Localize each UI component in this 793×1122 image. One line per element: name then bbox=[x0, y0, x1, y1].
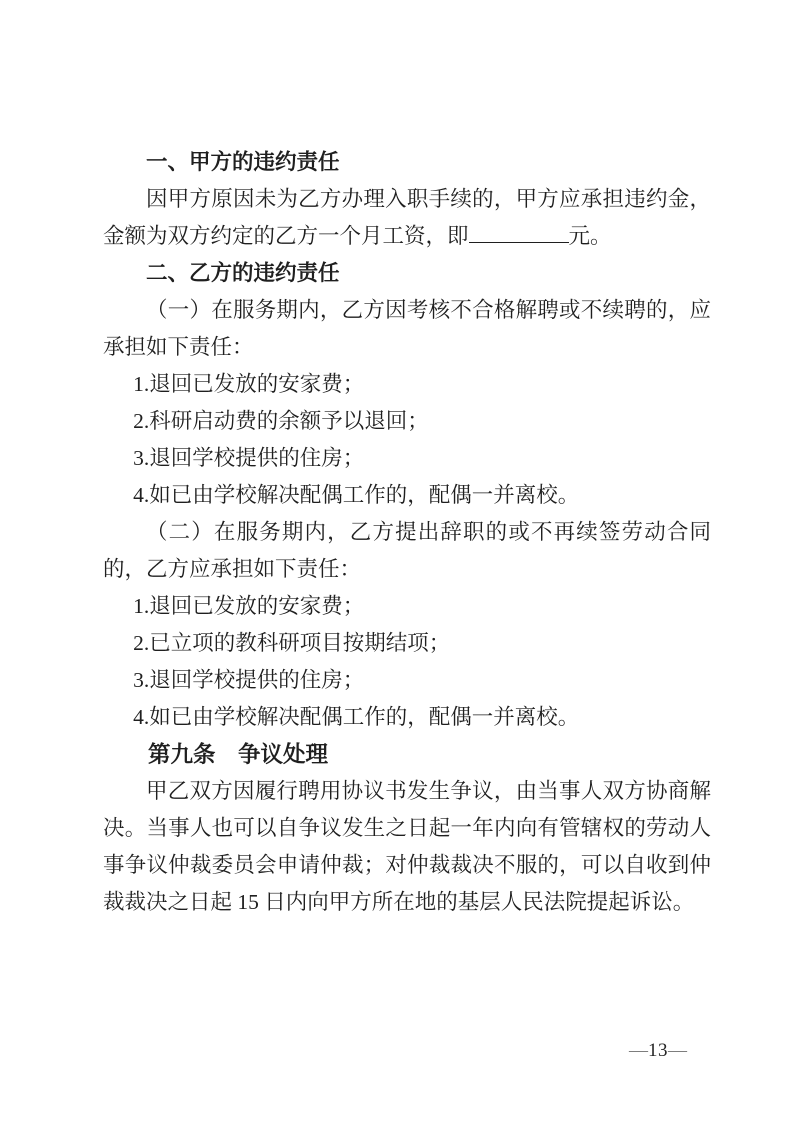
paragraph-party-a-breach: 因甲方原因未为乙方办理入职手续的，甲方应承担违约金，金额为双方约定的乙方一个月工… bbox=[103, 181, 711, 255]
clause1-item-4: 4.如已由学校解决配偶工作的，配偶一并离校。 bbox=[103, 477, 711, 514]
paragraph-dispute-resolution: 甲乙双方因履行聘用协议书发生争议，由当事人双方协商解决。当事人也可以自争议发生之… bbox=[103, 773, 711, 921]
clause2-item-4: 4.如已由学校解决配偶工作的，配偶一并离校。 bbox=[103, 699, 711, 736]
page-number: —13— bbox=[629, 1040, 687, 1062]
fill-in-blank-amount bbox=[469, 242, 569, 243]
clause1-item-2: 2.科研启动费的余额予以退回； bbox=[103, 403, 711, 440]
heading-dispute-resolution: 第九条 争议处理 bbox=[103, 736, 711, 773]
clause2-intro: （二）在服务期内，乙方提出辞职的或不再续签劳动合同的，乙方应承担如下责任： bbox=[103, 514, 711, 588]
clause1-item-1: 1.退回已发放的安家费； bbox=[103, 366, 711, 403]
paragraph-text-after-blank: 元。 bbox=[569, 224, 612, 248]
heading-party-b-breach: 二、乙方的违约责任 bbox=[103, 255, 711, 292]
clause2-item-2: 2.已立项的教科研项目按期结项； bbox=[103, 625, 711, 662]
clause1-item-3: 3.退回学校提供的住房； bbox=[103, 440, 711, 477]
document-page: 一、甲方的违约责任 因甲方原因未为乙方办理入职手续的，甲方应承担违约金，金额为双… bbox=[0, 0, 793, 1122]
clause2-item-3: 3.退回学校提供的住房； bbox=[103, 662, 711, 699]
page-number-dash-right: — bbox=[668, 1040, 687, 1061]
document-content: 一、甲方的违约责任 因甲方原因未为乙方办理入职手续的，甲方应承担违约金，金额为双… bbox=[103, 144, 711, 921]
clause2-item-1: 1.退回已发放的安家费； bbox=[103, 588, 711, 625]
paragraph-text-before-blank: 因甲方原因未为乙方办理入职手续的，甲方应承担违约金，金额为双方约定的乙方一个月工… bbox=[103, 187, 711, 248]
heading-party-a-breach: 一、甲方的违约责任 bbox=[103, 144, 711, 181]
clause1-intro: （一）在服务期内，乙方因考核不合格解聘或不续聘的，应承担如下责任： bbox=[103, 292, 711, 366]
page-number-value: 13 bbox=[648, 1040, 668, 1061]
page-number-dash-left: — bbox=[629, 1040, 648, 1061]
